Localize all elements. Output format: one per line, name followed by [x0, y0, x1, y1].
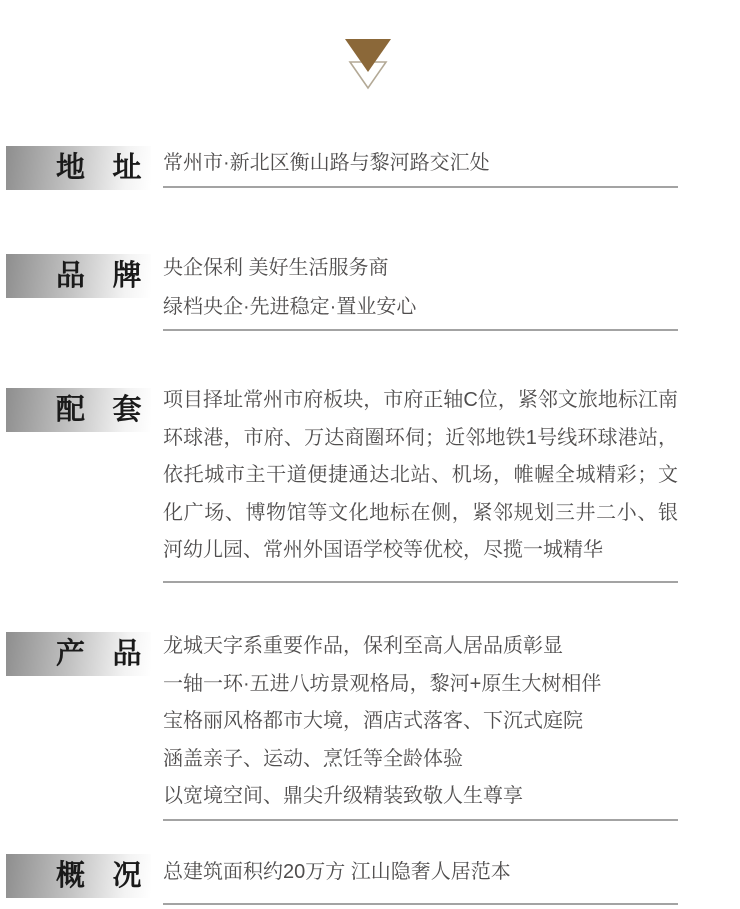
divider-line [163, 903, 678, 905]
brand-label-band: 品牌 [6, 254, 151, 298]
double-down-triangle-icon [336, 30, 400, 94]
divider-line [163, 819, 678, 821]
product-text-line: 一轴一环·五进八坊景观格局，黎河+原生大树相伴 [163, 666, 678, 704]
product-label-band: 产品 [6, 632, 151, 676]
overview-text: 总建筑面积约20万方 江山隐奢人居范本 [163, 853, 678, 891]
product-text-line: 龙城天字系重要作品，保利至高人居品质彰显 [163, 628, 678, 666]
address-content: 常州市·新北区衡山路与黎河路交汇处 [163, 144, 678, 182]
divider-line [163, 581, 678, 583]
overview-label: 概况 [6, 862, 169, 891]
brand-label: 品牌 [6, 262, 169, 291]
brand-text-line: 绿档央企·先进稳定·置业安心 [163, 288, 678, 327]
address-label-band: 地址 [6, 146, 151, 190]
divider-line [163, 329, 678, 331]
product-content: 龙城天字系重要作品，保利至高人居品质彰显 一轴一环·五进八坊景观格局，黎河+原生… [163, 628, 678, 816]
brand-content: 央企保利 美好生活服务商 绿档央企·先进稳定·置业安心 [163, 249, 678, 326]
amenities-label-band: 配套 [6, 388, 151, 432]
address-label: 地址 [6, 154, 169, 183]
overview-content: 总建筑面积约20万方 江山隐奢人居范本 [163, 853, 678, 891]
brand-text-line: 央企保利 美好生活服务商 [163, 249, 678, 288]
overview-label-band: 概况 [6, 854, 151, 898]
address-text: 常州市·新北区衡山路与黎河路交汇处 [163, 144, 678, 182]
product-text-line: 宝格丽风格都市大境，酒店式落客、下沉式庭院 [163, 703, 678, 741]
product-label: 产品 [6, 640, 169, 669]
product-text-line: 涵盖亲子、运动、烹饪等全龄体验 [163, 741, 678, 779]
amenities-label: 配套 [6, 396, 169, 425]
filled-triangle-icon [345, 39, 391, 72]
amenities-paragraph: 项目择址常州市府板块，市府正轴C位，紧邻文旅地标江南环球港，市府、万达商圈环伺；… [163, 382, 678, 570]
page: 地址 常州市·新北区衡山路与黎河路交汇处 品牌 央企保利 美好生活服务商 绿档央… [0, 0, 740, 909]
divider-line [163, 186, 678, 188]
product-text-line: 以宽境空间、鼎尖升级精装致敬人生尊享 [163, 778, 678, 816]
